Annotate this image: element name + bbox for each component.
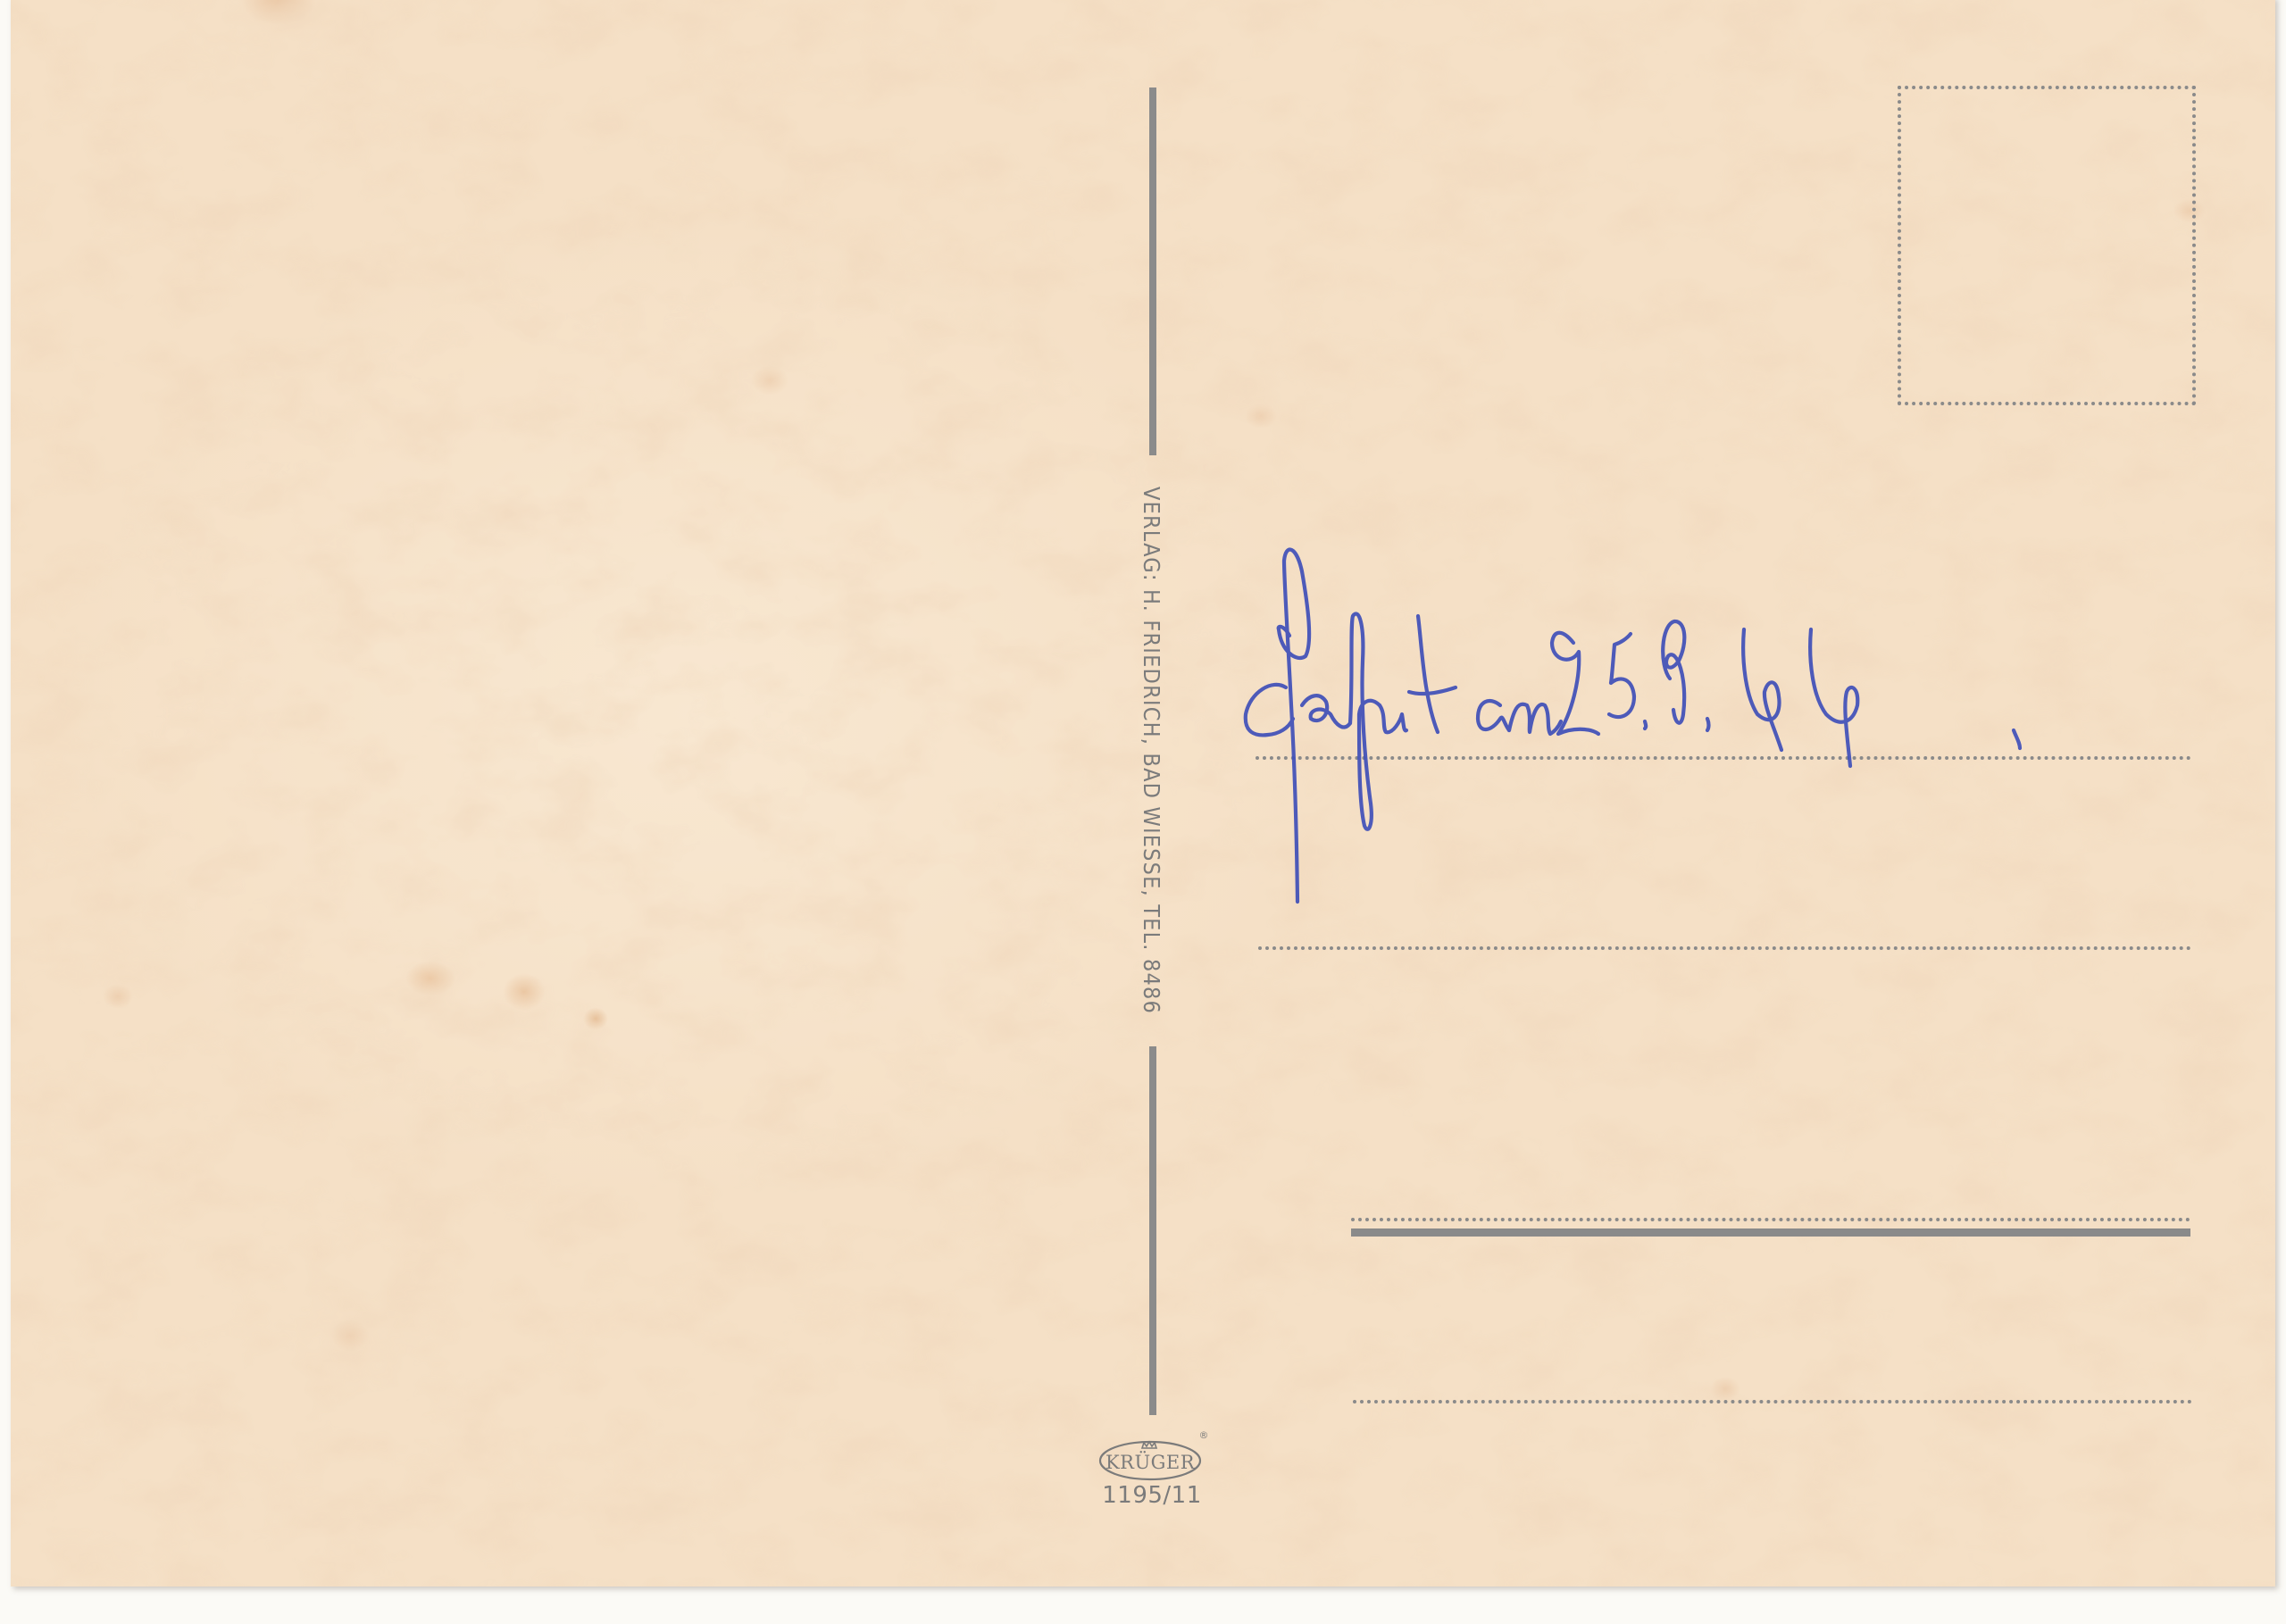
address-line-3 (1351, 1218, 2190, 1221)
publisher-imprint-text: VERLAG: H. FRIEDRICH, BAD WIESSE, TEL. 8… (1139, 486, 1165, 1013)
address-line-4 (1353, 1400, 2192, 1403)
catalog-number: 1195/11 (1063, 1482, 1241, 1509)
address-line-1 (1256, 756, 2191, 760)
divider-line-bottom (1149, 1046, 1156, 1415)
registered-mark: ® (1199, 1429, 1209, 1441)
kruger-logo: KRÜGER ® (1097, 1428, 1209, 1482)
stamp-box (1898, 86, 2196, 405)
divider-line-top (1149, 87, 1156, 455)
publisher-imprint: VERLAG: H. FRIEDRICH, BAD WIESSE, TEL. 8… (1139, 464, 1164, 1036)
logo-text: KRÜGER (1105, 1451, 1196, 1473)
crown-icon (1142, 1442, 1156, 1448)
address-line-3-underline (1351, 1228, 2190, 1237)
address-line-2 (1258, 946, 2191, 950)
